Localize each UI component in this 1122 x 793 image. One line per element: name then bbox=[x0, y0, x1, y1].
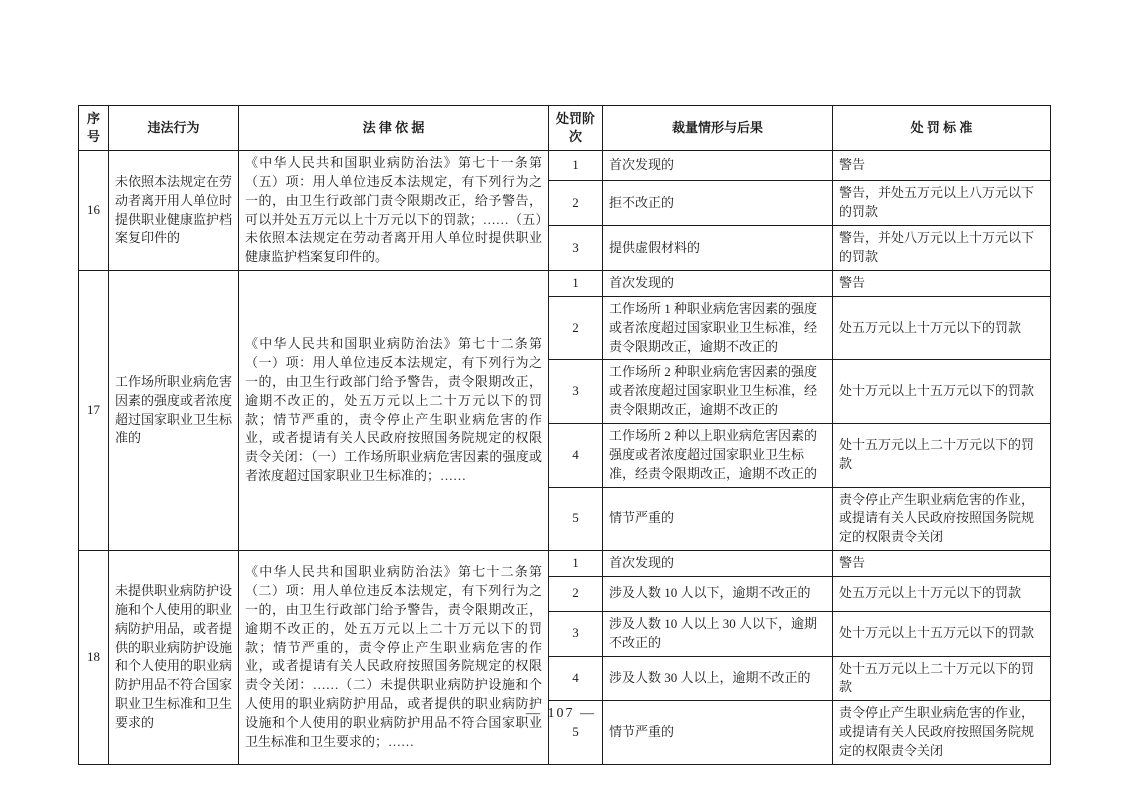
cell-circumstance: 工作场所 2 种以上职业病危害因素的强度或者浓度超过国家职业卫生标准，经责令限期… bbox=[603, 423, 833, 487]
cell-behavior-16: 未依照本法规定在劳动者离开用人单位时提供职业健康监护档案复印件的 bbox=[109, 151, 239, 271]
cell-standard: 警告，并处五万元以上八万元以下的罚款 bbox=[833, 181, 1051, 226]
cell-circumstance: 首次发现的 bbox=[603, 551, 833, 577]
cell-index-16: 16 bbox=[79, 151, 109, 271]
cell-level-no: 3 bbox=[549, 360, 603, 424]
table-row: 18 未提供职业病防护设施和个人使用的职业病防护用品，或者提供的职业病防护设施和… bbox=[79, 551, 1051, 577]
cell-level-no: 5 bbox=[549, 487, 603, 551]
cell-level-no: 2 bbox=[549, 576, 603, 611]
cell-circumstance: 提供虚假材料的 bbox=[603, 226, 833, 271]
cell-behavior-18: 未提供职业病防护设施和个人使用的职业病防护用品，或者提供的职业病防护设施和个人使… bbox=[109, 551, 239, 765]
cell-circumstance: 涉及人数 10 人以上 30 人以下，逾期不改正的 bbox=[603, 611, 833, 656]
cell-standard: 责令停止产生职业病危害的作业，或提请有关人民政府按照国务院规定的权限责令关闭 bbox=[833, 487, 1051, 551]
table-row: 16 未依照本法规定在劳动者离开用人单位时提供职业健康监护档案复印件的 《中华人… bbox=[79, 151, 1051, 181]
cell-standard: 警告 bbox=[833, 271, 1051, 297]
cell-standard: 警告 bbox=[833, 151, 1051, 181]
cell-level-no: 1 bbox=[549, 151, 603, 181]
cell-standard: 处十五万元以上二十万元以下的罚款 bbox=[833, 656, 1051, 701]
cell-circumstance: 拒不改正的 bbox=[603, 181, 833, 226]
cell-standard: 处五万元以上十万元以下的罚款 bbox=[833, 576, 1051, 611]
cell-legal-basis-16: 《中华人民共和国职业病防治法》第七十一条第（五）项：用人单位违反本法规定，有下列… bbox=[239, 151, 549, 271]
table-row: 17 工作场所职业病危害因素的强度或者浓度超过国家职业卫生标准的 《中华人民共和… bbox=[79, 271, 1051, 297]
cell-legal-basis-18: 《中华人民共和国职业病防治法》第七十二条第（二）项：用人单位违反本法规定，有下列… bbox=[239, 551, 549, 765]
cell-index-18: 18 bbox=[79, 551, 109, 765]
header-standard: 处 罚 标 准 bbox=[833, 106, 1051, 151]
cell-circumstance: 首次发现的 bbox=[603, 151, 833, 181]
header-index: 序号 bbox=[79, 106, 109, 151]
cell-standard: 处十万元以上十五万元以下的罚款 bbox=[833, 360, 1051, 424]
cell-standard: 处五万元以上十万元以下的罚款 bbox=[833, 296, 1051, 360]
cell-circumstance: 涉及人数 30 人以上，逾期不改正的 bbox=[603, 656, 833, 701]
penalty-table: 序号 违法行为 法 律 依 据 处罚阶次 裁量情形与后果 处 罚 标 准 16 … bbox=[78, 105, 1051, 765]
cell-level-no: 2 bbox=[549, 181, 603, 226]
cell-standard: 处十五万元以上二十万元以下的罚款 bbox=[833, 423, 1051, 487]
cell-circumstance: 情节严重的 bbox=[603, 487, 833, 551]
cell-circumstance: 工作场所 2 种职业病危害因素的强度或者浓度超过国家职业卫生标准，经责令限期改正… bbox=[603, 360, 833, 424]
cell-level-no: 3 bbox=[549, 611, 603, 656]
cell-circumstance: 首次发现的 bbox=[603, 271, 833, 297]
cell-circumstance: 涉及人数 10 人以下，逾期不改正的 bbox=[603, 576, 833, 611]
table-header-row: 序号 违法行为 法 律 依 据 处罚阶次 裁量情形与后果 处 罚 标 准 bbox=[79, 106, 1051, 151]
cell-level-no: 4 bbox=[549, 656, 603, 701]
header-legal-basis: 法 律 依 据 bbox=[239, 106, 549, 151]
cell-legal-basis-17: 《中华人民共和国职业病防治法》第七十二条第（一）项：用人单位违反本法规定，有下列… bbox=[239, 271, 549, 551]
page-number: — 107 — bbox=[0, 706, 1122, 722]
header-penalty-level: 处罚阶次 bbox=[549, 106, 603, 151]
cell-circumstance: 工作场所 1 种职业病危害因素的强度或者浓度超过国家职业卫生标准，经责令限期改正… bbox=[603, 296, 833, 360]
cell-level-no: 1 bbox=[549, 271, 603, 297]
document-page: 序号 违法行为 法 律 依 据 处罚阶次 裁量情形与后果 处 罚 标 准 16 … bbox=[0, 0, 1122, 793]
cell-behavior-17: 工作场所职业病危害因素的强度或者浓度超过国家职业卫生标准的 bbox=[109, 271, 239, 551]
penalty-table-container: 序号 违法行为 法 律 依 据 处罚阶次 裁量情形与后果 处 罚 标 准 16 … bbox=[78, 105, 1050, 765]
cell-level-no: 2 bbox=[549, 296, 603, 360]
cell-level-no: 1 bbox=[549, 551, 603, 577]
cell-level-no: 3 bbox=[549, 226, 603, 271]
cell-level-no: 4 bbox=[549, 423, 603, 487]
cell-standard: 警告，并处八万元以上十万元以下的罚款 bbox=[833, 226, 1051, 271]
cell-standard: 警告 bbox=[833, 551, 1051, 577]
cell-index-17: 17 bbox=[79, 271, 109, 551]
header-behavior: 违法行为 bbox=[109, 106, 239, 151]
cell-standard: 处十万元以上十五万元以下的罚款 bbox=[833, 611, 1051, 656]
header-circumstance: 裁量情形与后果 bbox=[603, 106, 833, 151]
